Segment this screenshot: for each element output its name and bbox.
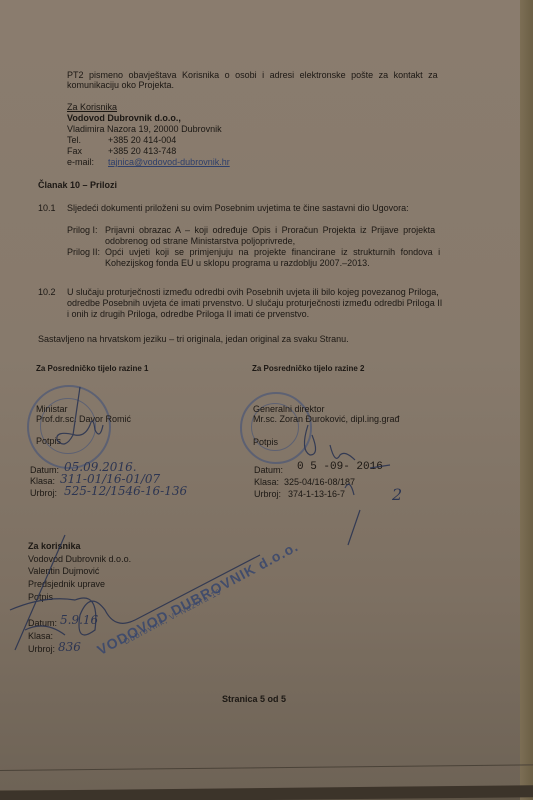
- contact-email-link[interactable]: tajnica@vodovod-dubrovnik.hr: [108, 157, 230, 168]
- contact-heading: Za Korisnika: [67, 102, 117, 113]
- section-10-2-line-2: odredbe Posebnih uvjeta će imati prvenst…: [67, 298, 442, 309]
- right-class-label: Klasa:: [254, 477, 279, 488]
- right-signature-label: Potpis: [253, 437, 278, 448]
- annex-2-line-2: Kohezijskog fonda EU u sklopu programa u…: [105, 258, 370, 269]
- left-signatory-heading: Za Posredničko tijelo razine 1: [36, 363, 148, 374]
- section-10-2-line-3: i onih iz drugih Priloga, odredbe Prilog…: [67, 309, 309, 320]
- handwritten-mark-2: 2: [392, 485, 402, 504]
- contact-email-label: e-mail:: [67, 157, 94, 168]
- section-10-2-line-1: U slučaju proturječnosti između odredbi …: [67, 287, 439, 298]
- section-10-1-text: Sljedeći dokumenti priloženi su ovim Pos…: [67, 203, 409, 214]
- article-title: Članak 10 – Prilozi: [38, 180, 117, 191]
- annex-2-label: Prilog II:: [67, 247, 100, 258]
- left-reg-value: 525-12/1546-16-136: [64, 484, 187, 498]
- right-reg-value: 374-1-13-16-7: [288, 489, 345, 500]
- page-number: Stranica 5 od 5: [222, 694, 286, 705]
- contact-fax-label: Fax: [67, 146, 82, 157]
- left-signature: [55, 385, 115, 455]
- right-signatory-heading: Za Posredničko tijelo razine 2: [252, 363, 364, 374]
- right-name: Mr.sc. Zoran Đuroković, dipl.ing.građ: [253, 414, 400, 425]
- contact-tel-label: Tel.: [67, 135, 81, 146]
- annex-1-line-2: odobrenog od strane Ministarstva poljopr…: [105, 236, 295, 247]
- contact-tel-value: +385 20 414-004: [108, 135, 176, 146]
- section-10-2-number: 10.2: [38, 287, 56, 298]
- right-date-label: Datum:: [254, 465, 283, 476]
- intro-line-2: komunikaciju oko Projekta.: [67, 80, 174, 91]
- section-10-1-number: 10.1: [38, 203, 56, 214]
- contact-company: Vodovod Dubrovnik d.o.o.,: [67, 113, 181, 124]
- annex-2-line-1: Opći uvjeti koji se primjenjuju na proje…: [105, 247, 440, 258]
- right-reg-label: Urbroj:: [254, 489, 281, 500]
- left-class-label: Klasa:: [30, 476, 55, 487]
- closing-statement: Sastavljeno na hrvatskom jeziku – tri or…: [38, 334, 349, 345]
- user-signature: [5, 530, 275, 660]
- left-reg-label: Urbroj:: [30, 488, 57, 499]
- annex-1-label: Prilog I:: [67, 225, 98, 236]
- annex-1-line-1: Prijavni obrazac A – koji određuje Opis …: [105, 225, 435, 236]
- contact-address: Vladimira Nazora 19, 20000 Dubrovnik: [67, 124, 222, 135]
- background-edge: [520, 0, 533, 800]
- contact-fax-value: +385 20 413-748: [108, 146, 176, 157]
- handwritten-mark: [340, 470, 420, 550]
- left-date-label: Datum:: [30, 465, 59, 476]
